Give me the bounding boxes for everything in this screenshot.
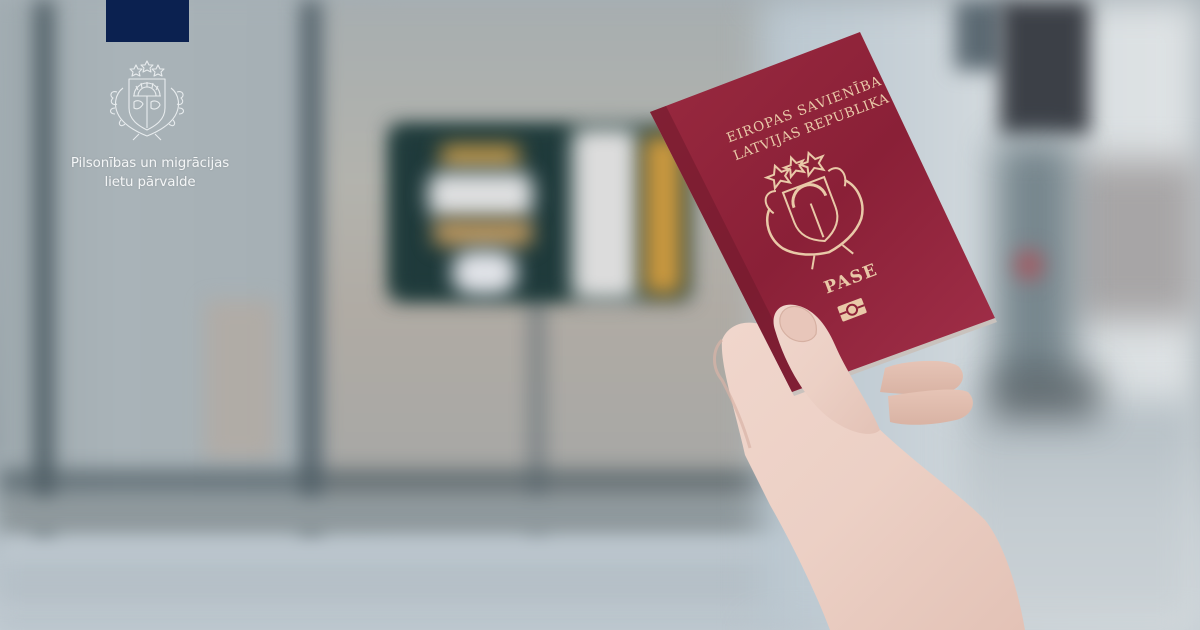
agency-name: Pilsonības un migrācijas lietu pārvalde [52, 154, 248, 192]
agency-name-line2: lietu pārvalde [52, 173, 248, 192]
finger [888, 389, 973, 424]
hand [715, 323, 1026, 630]
agency-name-line1: Pilsonības un migrācijas [52, 154, 248, 173]
brand-accent-tab [106, 0, 189, 42]
latvia-coat-of-arms-icon [103, 58, 191, 144]
finger [880, 361, 963, 394]
share-image: EIROPAS SAVIENĪBA LATVIJAS REPUBLIKA PAS… [0, 0, 1200, 630]
